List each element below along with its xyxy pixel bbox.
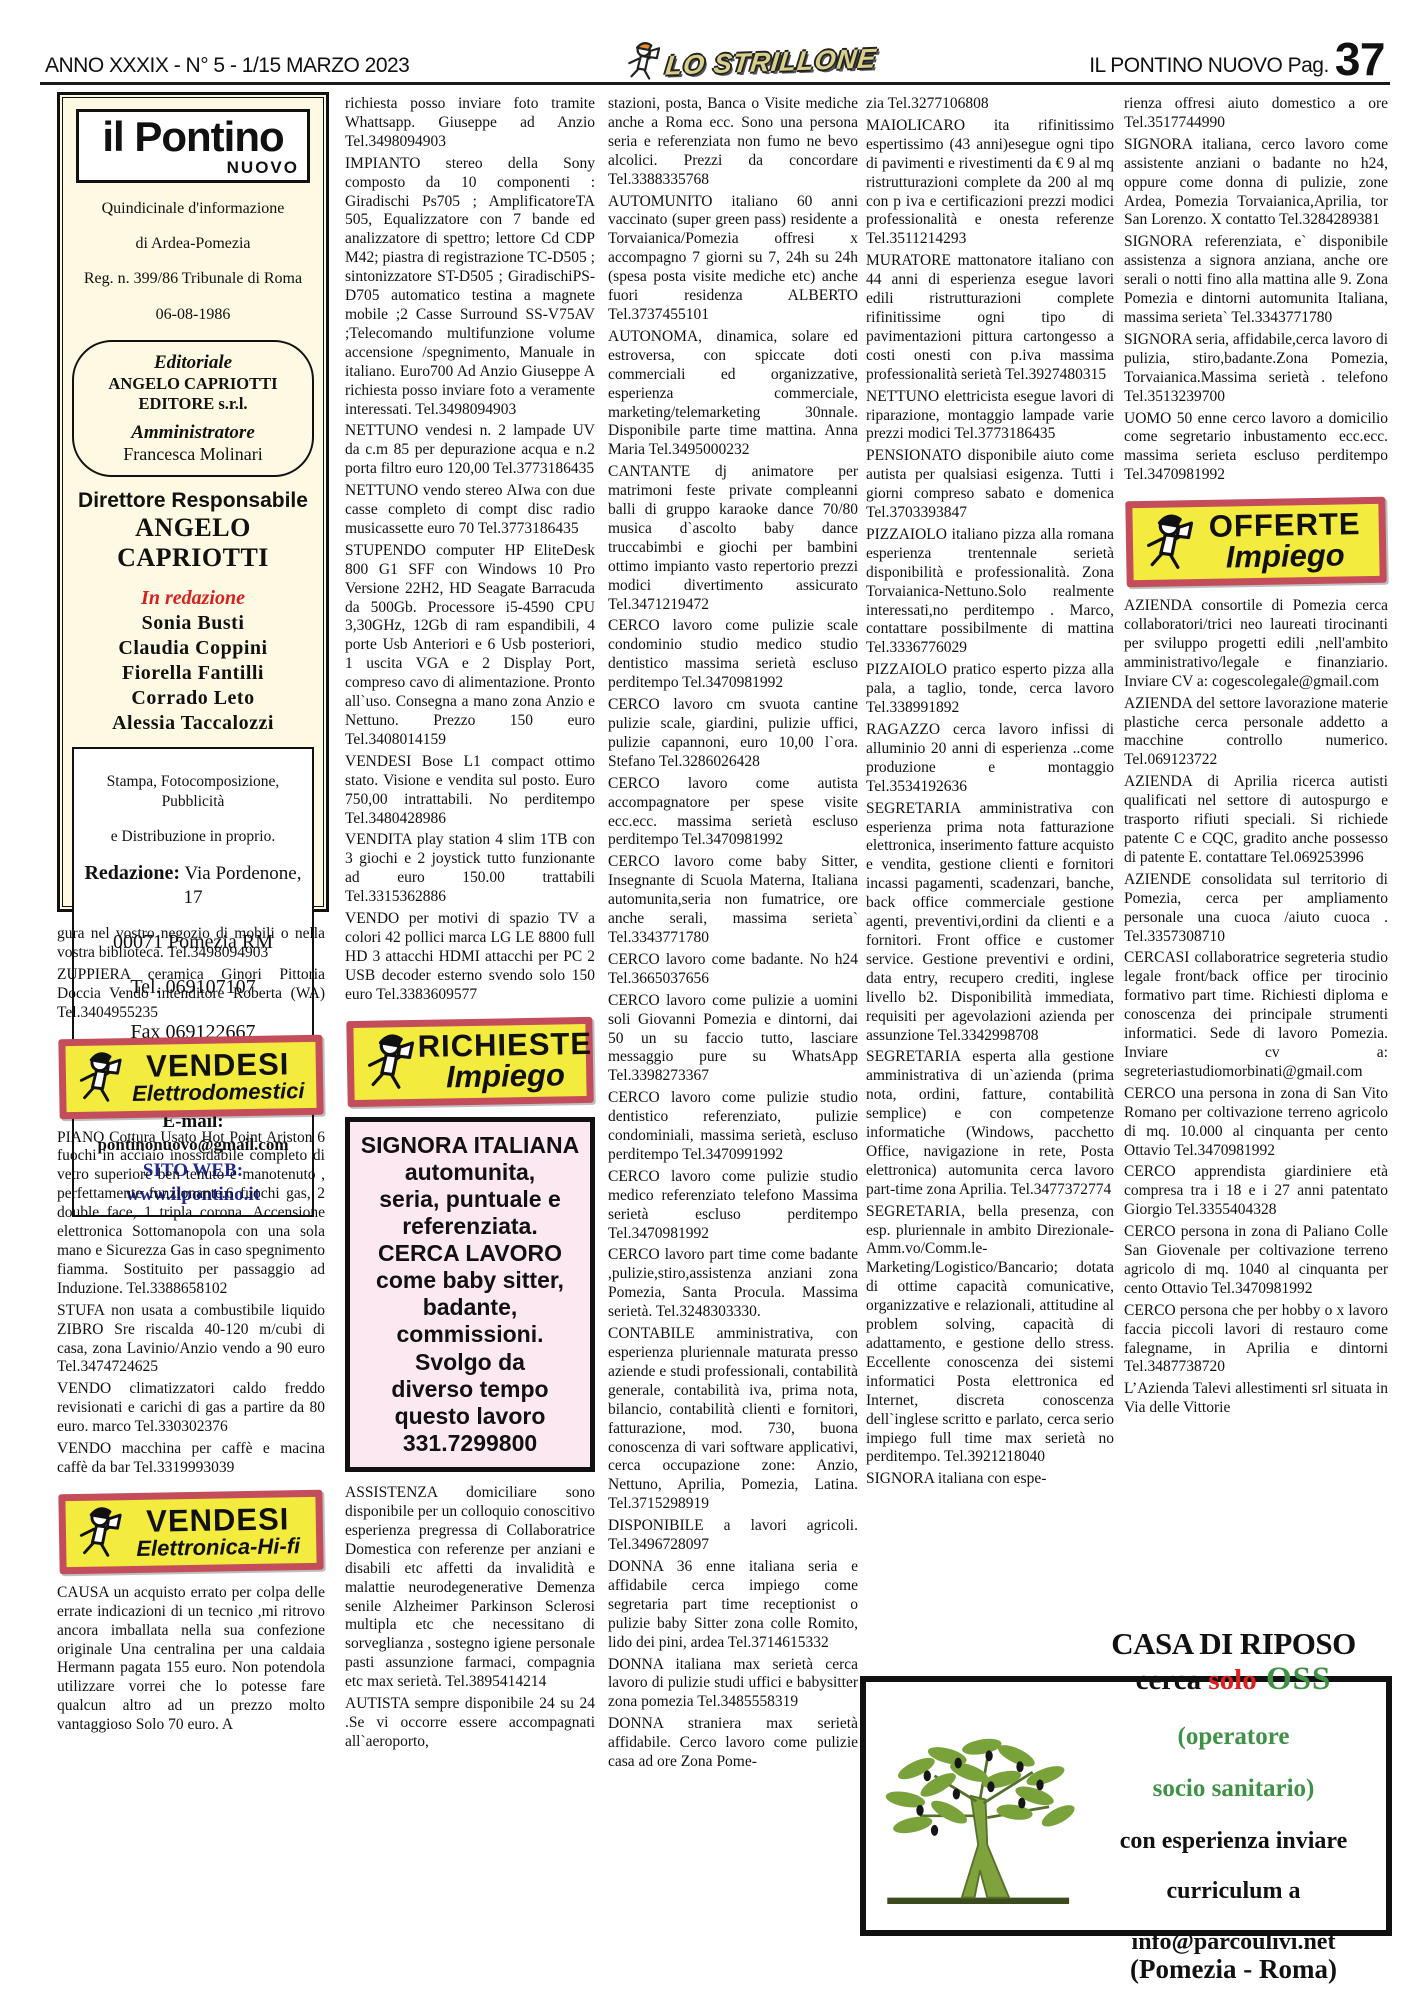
masthead-info-line: di Ardea-Pomezia xyxy=(70,234,316,253)
classified-ad: CERCO lavoro come pulizie studio dentist… xyxy=(608,1089,858,1165)
newsboy-icon xyxy=(72,1049,125,1108)
header-rule xyxy=(40,82,1390,85)
classified-ad: AZIENDA del settore lavorazione materie … xyxy=(1124,695,1388,771)
classified-ad: VENDO per motivi di spazio TV a colori 4… xyxy=(345,910,595,1005)
classified-ad: NETTUNO vendesi n. 2 lampade UV da c.m 8… xyxy=(345,422,595,479)
classified-ad: DONNA italiana max serietà cerca lavoro … xyxy=(608,1656,858,1713)
masthead-info-line: Quindicinale d'informazione xyxy=(70,199,316,218)
redazione-name: Sonia Busti xyxy=(70,612,316,635)
classified-ad: CERCO persona in zona di Paliano Colle S… xyxy=(1124,1223,1388,1299)
editorial-name: ANGELO CAPRIOTTI EDITORE s.r.l. xyxy=(80,374,306,414)
classified-ad: zia Tel.3277106808 xyxy=(866,95,1114,114)
logo-title: LO STRILLONE xyxy=(664,43,878,81)
column-2: richiesta posso inviare foto tramite Wha… xyxy=(345,95,595,1755)
ad-line: (operatore xyxy=(1087,1723,1380,1751)
display-ad-line: 331.7299800 xyxy=(354,1430,586,1457)
banner-title: OFFERTE xyxy=(1196,508,1373,542)
ad-title: CASA DI RIPOSO xyxy=(1087,1627,1380,1661)
classified-ad: AZIENDE consolidata sul territorio di Po… xyxy=(1124,871,1388,947)
column-3: stazioni, posta, Banca o Visite mediche … xyxy=(608,95,858,1775)
classified-ad: SIGNORA referenziata, e` disponibile ass… xyxy=(1124,233,1388,328)
classified-ad: SEGRETARIA amministrativa con esperienza… xyxy=(866,800,1114,1046)
classified-ad: PIANO Cottura Usato Hot Point Ariston 6 … xyxy=(57,1129,325,1299)
classified-ad: CERCO lavoro come autista accompagnatore… xyxy=(608,775,858,851)
newsboy-icon xyxy=(1138,511,1195,576)
edition-info: ANNO XXXIX - N° 5 - 1/15 MARZO 2023 xyxy=(45,54,409,78)
banner-subtitle: Elettronica-Hi-fi xyxy=(126,1534,310,1560)
classified-ad: L’Azienda Talevi allestimenti srl situat… xyxy=(1124,1380,1388,1418)
olive-tree-illustration xyxy=(872,1688,1087,1924)
classified-ad: MAIOLICARO ita rifinitissimo espertissim… xyxy=(866,117,1114,249)
classified-ad: ZUPPIERA ceramica Ginori Pittoria Doccia… xyxy=(57,966,325,1023)
classified-ad: stazioni, posta, Banca o Visite mediche … xyxy=(608,95,858,190)
classified-ad: MURATORE mattonatore italiano con 44 ann… xyxy=(866,252,1114,384)
classified-ad: richiesta posso inviare foto tramite Wha… xyxy=(345,95,595,152)
newspaper-page: ANNO XXXIX - N° 5 - 1/15 MARZO 2023 LO S… xyxy=(0,0,1420,2000)
classified-ad: AZIENDA consortile di Pomezia cerca coll… xyxy=(1124,597,1388,692)
display-ad-line: commissioni. xyxy=(354,1321,586,1348)
page-header: ANNO XXXIX - N° 5 - 1/15 MARZO 2023 LO S… xyxy=(45,40,1385,78)
display-ad-line: automunita, xyxy=(354,1159,586,1186)
newsboy-icon xyxy=(359,1031,416,1096)
classified-ad: SIGNORA seria, affidabile,cerca lavoro d… xyxy=(1124,331,1388,407)
classified-ad: VENDITA play station 4 slim 1TB con 3 gi… xyxy=(345,831,595,907)
director-name: ANGELO CAPRIOTTI xyxy=(70,513,316,573)
olive-tree-icon xyxy=(880,1724,1080,1924)
newsboy-icon xyxy=(72,1504,125,1563)
classified-ad: SIGNORA italiana, cerco lavoro come assi… xyxy=(1124,136,1388,231)
classified-ad: rienza offresi aiuto domestico a ore Tel… xyxy=(1124,95,1388,133)
banner-title: RICHIESTE xyxy=(417,1028,592,1062)
display-ad-line: referenziata. xyxy=(354,1213,586,1240)
classified-ad: STUFA non usata a combustibile liquido Z… xyxy=(57,1302,325,1378)
classified-ad: SIGNORA italiana con espe- xyxy=(866,1470,1114,1489)
classified-ad: CERCO persona che per hobby o x lavoro f… xyxy=(1124,1302,1388,1378)
classified-ad: CERCASI collaboratrice segreteria studio… xyxy=(1124,949,1388,1081)
paper-name: IL PONTINO NUOVO Pag. xyxy=(1089,54,1329,78)
classified-ad: ASSISTENZA domiciliare sono disponibile … xyxy=(345,1484,595,1692)
lo-strillone-logo: LO STRILLONE xyxy=(622,40,876,84)
masthead-info-line: Reg. n. 399/86 Tribunale di Roma xyxy=(70,269,316,288)
column-4: zia Tel.3277106808MAIOLICARO ita rifinit… xyxy=(866,95,1114,1492)
classified-ad: UOMO 50 enne cerco lavoro a domicilio co… xyxy=(1124,410,1388,486)
display-ad-line: questo lavoro xyxy=(354,1403,586,1430)
director-label: Direttore Responsabile xyxy=(70,489,316,513)
classified-ad: PENSIONATO disponibile aiuto come autist… xyxy=(866,447,1114,523)
classified-ad: VENDO climatizzatori caldo freddo revisi… xyxy=(57,1380,325,1437)
masthead-title-box: il Pontino NUOVO xyxy=(76,109,310,183)
column-5: rienza offresi aiuto domestico a ore Tel… xyxy=(1124,95,1388,1421)
classified-ad: CERCO lavoro come baby Sitter, Insegnant… xyxy=(608,853,858,948)
classified-ad: RAGAZZO cerca lavoro infissi di allumini… xyxy=(866,721,1114,797)
display-ad-line: badante, xyxy=(354,1294,586,1321)
classified-ad: VENDESI Bose L1 compact ottimo stato. Vi… xyxy=(345,753,595,829)
display-ad-line: come baby sitter, xyxy=(354,1267,586,1294)
classified-ad: CANTANTE dj animatore per matrimoni fest… xyxy=(608,463,858,614)
banner-subtitle: Impiego xyxy=(1197,539,1374,575)
masthead-info: Quindicinale d'informazionedi Ardea-Pome… xyxy=(70,199,316,324)
classified-ad: DISPONIBILE a lavori agricoli. Tel.34967… xyxy=(608,1517,858,1555)
editorial-box: Editoriale ANGELO CAPRIOTTI EDITORE s.r.… xyxy=(72,340,314,477)
redazione-name: Fiorella Fantilli xyxy=(70,662,316,685)
classified-ad: PIZZAIOLO italiano pizza alla romana esp… xyxy=(866,526,1114,658)
classified-ad: gura nel vostro negozio di mobili o nell… xyxy=(57,925,325,963)
banner-richieste-impiego: RICHIESTE Impiego xyxy=(346,1016,593,1106)
masthead-subtitle: NUOVO xyxy=(87,158,299,178)
paper-name-page: IL PONTINO NUOVO Pag. 37 xyxy=(1089,41,1385,78)
classified-ad: CONTABILE amministrativa, con esperienza… xyxy=(608,1325,858,1514)
banner-subtitle: Elettrodomestici xyxy=(126,1078,310,1104)
redazione-label: In redazione xyxy=(70,587,316,610)
ad-green-lines: (operatoresocio sanitario) xyxy=(1087,1723,1380,1803)
classified-ad: STUPENDO computer HP EliteDesk 800 G1 SF… xyxy=(345,542,595,750)
ad-email: info@parcoulivi.net xyxy=(1087,1929,1380,1955)
banner-vendesi-elettrodomestici: VENDESI Elettrodomestici xyxy=(58,1034,323,1119)
classified-ad: PIZZAIOLO pratico esperto pizza alla pal… xyxy=(866,661,1114,718)
banner-offerte-impiego: OFFERTE Impiego xyxy=(1125,497,1386,588)
classified-ad: CAUSA un acquisto errato per colpa delle… xyxy=(57,1584,325,1735)
ad-oss-line: cerca solo OSS xyxy=(1087,1661,1380,1697)
banner-subtitle: Impiego xyxy=(418,1059,593,1095)
ad-location: (Pomezia - Roma) xyxy=(1087,1955,1380,1985)
masthead-box: il Pontino NUOVO Quindicinale d'informaz… xyxy=(57,92,329,912)
classified-ad: AUTONOMA, dinamica, solare ed estroversa… xyxy=(608,328,858,460)
admin-name: Francesca Molinari xyxy=(80,444,306,465)
ad-line: curriculum a xyxy=(1087,1878,1380,1904)
editorial-label: Editoriale xyxy=(80,352,306,374)
classified-ad: DONNA 36 enne italiana seria e affidabil… xyxy=(608,1558,858,1653)
print-line: Stampa, Fotocomposizione, Pubblicità xyxy=(78,772,308,811)
redazione-name: Corrado Leto xyxy=(70,687,316,710)
admin-label: Amministratore xyxy=(80,422,306,444)
display-ad-line: CERCA LAVORO xyxy=(354,1240,586,1267)
classified-ad: CERCO lavoro come pulizie studio medico … xyxy=(608,1168,858,1244)
redazione-address: Redazione: Via Pordenone, 17 xyxy=(78,861,308,910)
classified-ad: CERCO lavoro cm svuota cantine pulizie s… xyxy=(608,696,858,772)
signora-italiana-ad-box: SIGNORA ITALIANAautomunita,seria, puntua… xyxy=(345,1117,595,1473)
redazione-names: Sonia BustiClaudia CoppiniFiorella Fanti… xyxy=(70,612,316,735)
classified-ad: IMPIANTO stereo della Sony composto da 1… xyxy=(345,155,595,420)
classified-ad: CERCO lavoro part time come badante ,pul… xyxy=(608,1246,858,1322)
classified-ad: NETTUNO vendo stereo AIwa con due casse … xyxy=(345,482,595,539)
print-lines: Stampa, Fotocomposizione, Pubblicitàe Di… xyxy=(78,772,308,846)
page-number: 37 xyxy=(1335,41,1385,78)
classified-ad: CERCO lavoro come pulizie scale condomin… xyxy=(608,617,858,693)
ad-line: con esperienza inviare xyxy=(1087,1828,1380,1854)
classified-ad: NETTUNO elettricista esegue lavori di ri… xyxy=(866,388,1114,445)
casa-di-riposo-ad-box: CASA DI RIPOSO cerca solo OSS (operatore… xyxy=(860,1676,1392,1936)
masthead-info-line: 06-08-1986 xyxy=(70,305,316,324)
classified-ad: VENDO macchina per caffè e macina caffè … xyxy=(57,1440,325,1478)
ad-line: socio sanitario) xyxy=(1087,1775,1380,1803)
casa-di-riposo-text: CASA DI RIPOSO cerca solo OSS (operatore… xyxy=(1087,1627,1380,1984)
redazione-name: Claudia Coppini xyxy=(70,637,316,660)
classified-ad: SEGRETARIA esperta alla gestione amminis… xyxy=(866,1048,1114,1199)
column-1: gura nel vostro negozio di mobili o nell… xyxy=(57,925,325,1738)
classified-ad: DONNA straniera max serietà affidabile. … xyxy=(608,1715,858,1772)
newsboy-icon xyxy=(622,40,662,84)
print-line: e Distribuzione in proprio. xyxy=(78,827,308,846)
ad-black-lines: con esperienza inviarecurriculum a xyxy=(1087,1828,1380,1905)
classified-ad: AZIENDA di Aprilia ricerca autisti quali… xyxy=(1124,773,1388,868)
masthead-title: il Pontino xyxy=(87,116,299,158)
redazione-name: Alessia Taccalozzi xyxy=(70,712,316,735)
display-ad-line: diverso tempo xyxy=(354,1376,586,1403)
classified-ad: AUTOMUNITO italiano 60 anni vaccinato (s… xyxy=(608,193,858,325)
classified-ad: CERCO una persona in zona di San Vito Ro… xyxy=(1124,1085,1388,1161)
classified-ad: SEGRETARIA, bella presenza, con esp. plu… xyxy=(866,1203,1114,1468)
display-ad-line: SIGNORA ITALIANA xyxy=(354,1132,586,1159)
display-ad-line: seria, puntuale e xyxy=(354,1186,586,1213)
classified-ad: CERCO lavoro come badante. No h24 Tel.36… xyxy=(608,951,858,989)
classified-ad: CERCO lavoro come pulizie a uomini soli … xyxy=(608,992,858,1087)
banner-title: VENDESI xyxy=(126,1047,311,1081)
classified-ad: CERCO apprendista giardiniere età compre… xyxy=(1124,1163,1388,1220)
classified-ad: AUTISTA sempre disponibile 24 su 24 .Se … xyxy=(345,1695,595,1752)
display-ad-line: Svolgo da xyxy=(354,1349,586,1376)
banner-title: VENDESI xyxy=(126,1503,311,1537)
banner-vendesi-elettronica: VENDESI Elettronica-Hi-fi xyxy=(58,1490,323,1575)
